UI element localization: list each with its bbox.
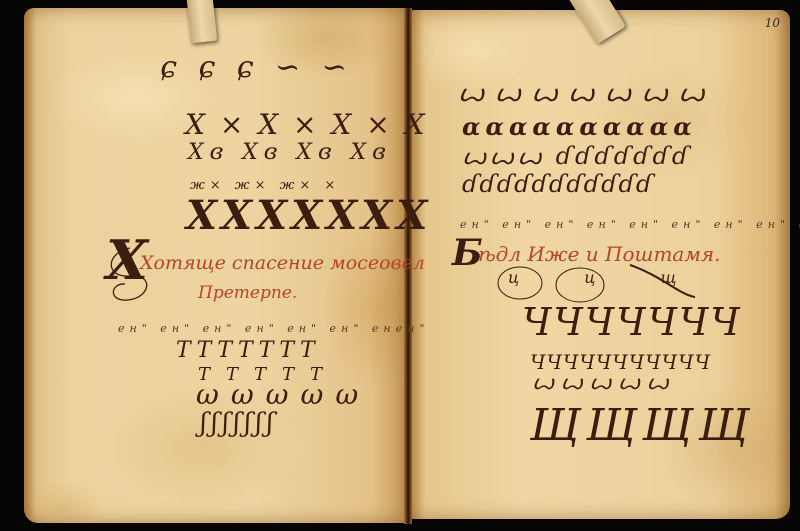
left-flourish-ornament (100, 238, 160, 318)
right-row-5: ен" ен" ен" ен" ен" ен" ен" ен" ен" (460, 218, 800, 231)
manuscript-photo: 10 ɕ ɕ ɕ ∽ ∽ Х × Х × Х × Х Хɞ Хɞ Хɞ Хɞ ж… (0, 0, 800, 531)
right-row-10: ЩЩЩЩ (530, 400, 755, 451)
right-row-2: ɑɑɑɑɑɑɑɑɑɑ (462, 112, 697, 141)
left-row-6: ен" ен" ен" ен" ен" ен" енен" (118, 322, 429, 335)
left-text-line-1: Хотяще спасение мосеовел (140, 252, 425, 274)
right-row-4: ɗɗɗɗɗɗɗɗɗɗɗ (462, 170, 653, 198)
left-row-10: ʃʃʃʃʃʃʃ (200, 408, 277, 438)
right-row-9: ꙍꙍꙍꙍꙍ (532, 370, 675, 395)
right-row-1: ꙍꙍꙍꙍꙍꙍꙍ (458, 78, 715, 108)
left-row-1: ɕ ɕ ɕ ∽ ∽ (160, 50, 353, 85)
left-row-3: Хɞ Хɞ Хɞ Хɞ (188, 140, 392, 165)
left-row-9: ωωωωω (196, 378, 370, 411)
left-text-line-2: Претерпе. (198, 283, 297, 303)
left-row-7: ΤΤΤΤΤΤΤ (176, 338, 321, 363)
folio-number: 10 (765, 16, 780, 30)
left-row-4: ж× ж× ж× × (190, 178, 340, 193)
left-row-5: ХХХХХХХ (186, 192, 431, 239)
wooden-clip-left (185, 0, 217, 43)
right-row-7: ЧЧЧЧЧЧЧ (522, 300, 742, 344)
right-row-3: ꙍꙍꙍ ɗɗɗɗɗɗɗ (462, 142, 691, 170)
left-row-2: Х × Х × Х × Х (185, 108, 428, 141)
right-flourish-ornament (480, 255, 700, 305)
